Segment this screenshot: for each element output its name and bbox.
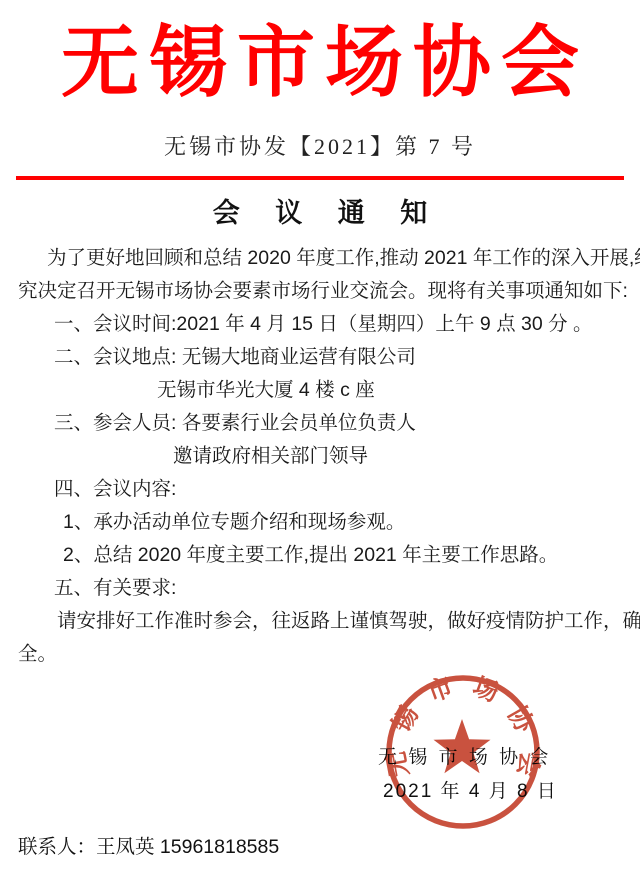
doc-number: 无锡市协发【2021】第 7 号 (0, 134, 640, 160)
signature-block: 无 锡 市 场 协 会 2021 年 4 月 8 日 (378, 742, 558, 803)
notice-title: 会 议 通 知 (0, 195, 640, 231)
signature-date: 2021 年 4 月 8 日 (378, 776, 558, 803)
body-line-agenda-heading: 四、会议内容: (18, 473, 622, 506)
signature-org: 无 锡 市 场 协 会 (378, 742, 558, 769)
body-line-address: 无锡市华光大厦 4 楼 c 座 (18, 374, 622, 407)
body-line: 全。 (18, 638, 622, 671)
body-line-requirements: 五、有关要求: (18, 572, 622, 605)
body-line-agenda-2: 2、总结 2020 年度主要工作,提出 2021 年主要工作思路。 (18, 539, 622, 572)
body-line-meeting-place: 二、会议地点: 无锡大地商业运营有限公司 (18, 341, 622, 374)
contact-line: 联系人：王凤英 15961818585 (18, 831, 279, 859)
body-line-meeting-time: 一、会议时间:2021 年 4 月 15 日（星期四）上午 9 点 30 分 。 (18, 308, 622, 341)
document-page: 无锡市场协会 无锡市协发【2021】第 7 号 会 议 通 知 为了更好地回顾和… (0, 0, 640, 894)
body-line: 究决定召开无锡市场协会要素市场行业交流会。现将有关事项通知如下: (18, 275, 622, 308)
notice-body: 为了更好地回顾和总结 2020 年度工作,推动 2021 年工作的深入开展,经研… (0, 242, 640, 671)
org-title: 无锡市场协会 (0, 0, 640, 106)
body-line-agenda-1: 1、承办活动单位专题介绍和现场参观。 (18, 506, 622, 539)
header-divider (16, 176, 624, 180)
body-line-invitees: 邀请政府相关部门领导 (18, 440, 622, 473)
body-line: 请安排好工作准时参会，往返路上谨慎驾驶，做好疫情防护工作，确保安 (18, 605, 622, 638)
body-line: 为了更好地回顾和总结 2020 年度工作,推动 2021 年工作的深入开展,经研 (18, 242, 622, 275)
body-line-participants: 三、参会人员: 各要素行业会员单位负责人 (18, 407, 622, 440)
